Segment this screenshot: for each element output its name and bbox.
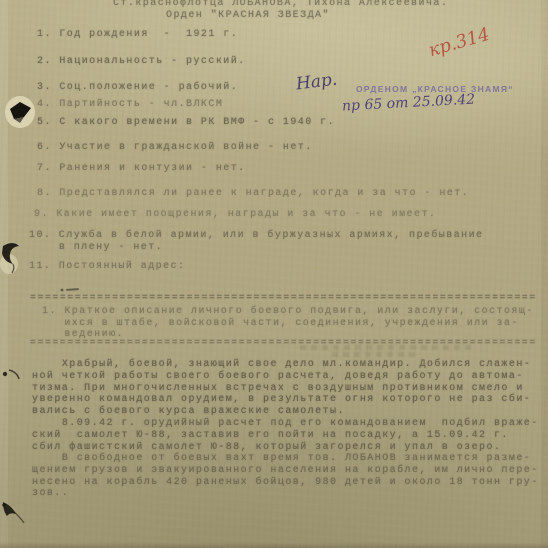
questionnaire-item-2: 2. Национальность - русский. bbox=[37, 56, 246, 68]
section-heading: 1. Краткое описание личного боевого подв… bbox=[42, 306, 534, 341]
bleed-through-smudge bbox=[332, 352, 416, 357]
tear-mark bbox=[0, 240, 30, 276]
pencil-dash bbox=[60, 280, 80, 286]
questionnaire-item-8: 8. Представлялся ли ранее к награде, ког… bbox=[37, 188, 469, 200]
red-pencil-note: кр.314 bbox=[426, 24, 492, 61]
questionnaire-item-6: 6. Участие в гражданской войне - нет. bbox=[37, 142, 313, 154]
header-recipient-line: Ст.краснофлотца ЛОБАНОВА, Тихона Алексее… bbox=[113, 0, 448, 10]
questionnaire-item-5: 5. С какого времени в РК ВМФ - с 1940 г. bbox=[37, 117, 335, 129]
order-number-note: пр 65 от 25.09.42 bbox=[342, 92, 476, 115]
award-stamp: ОРДЕНОМ „КРАСНОЕ ЗНАМЯ“ bbox=[356, 84, 514, 94]
questionnaire-item-9: 9. Какие имеет поощрения, награды и за ч… bbox=[34, 209, 436, 221]
questionnaire-item-3: 3. Соц.положение - рабочий. bbox=[37, 82, 238, 94]
punch-hole bbox=[4, 95, 36, 129]
ink-note: Нар. bbox=[295, 70, 338, 95]
tear-mark bbox=[0, 366, 22, 384]
tear-mark bbox=[0, 498, 30, 526]
citation-paragraph-1: Храбрый, боевой, знающий свое дело мл.ко… bbox=[32, 359, 540, 418]
questionnaire-item-11: 11. Постоянный адрес: bbox=[29, 261, 185, 273]
questionnaire-item-1: 1. Год рождения - 1921 г. bbox=[37, 29, 238, 41]
questionnaire-item-4: 4. Партийность - чл.ВЛКСМ bbox=[37, 99, 223, 111]
citation-paragraph-2: 8.09.42 г. орудийный расчет под его кома… bbox=[32, 418, 540, 453]
bleed-through-smudge bbox=[300, 345, 472, 350]
header-award-line: Орден "КРАСНАЯ ЗВЕЗДА" bbox=[166, 10, 330, 22]
questionnaire-item-7: 7. Ранения и контузии - нет. bbox=[37, 163, 246, 175]
questionnaire-item-10: 10. Служба в белой армии, или в буржуазн… bbox=[29, 230, 484, 254]
section-divider-top: ========================================… bbox=[30, 293, 537, 305]
citation-paragraph-3: В свободное от боевых вахт время тов. ЛО… bbox=[32, 453, 540, 500]
document-scan: Ст.краснофлотца ЛОБАНОВА, Тихона Алексее… bbox=[0, 0, 548, 548]
